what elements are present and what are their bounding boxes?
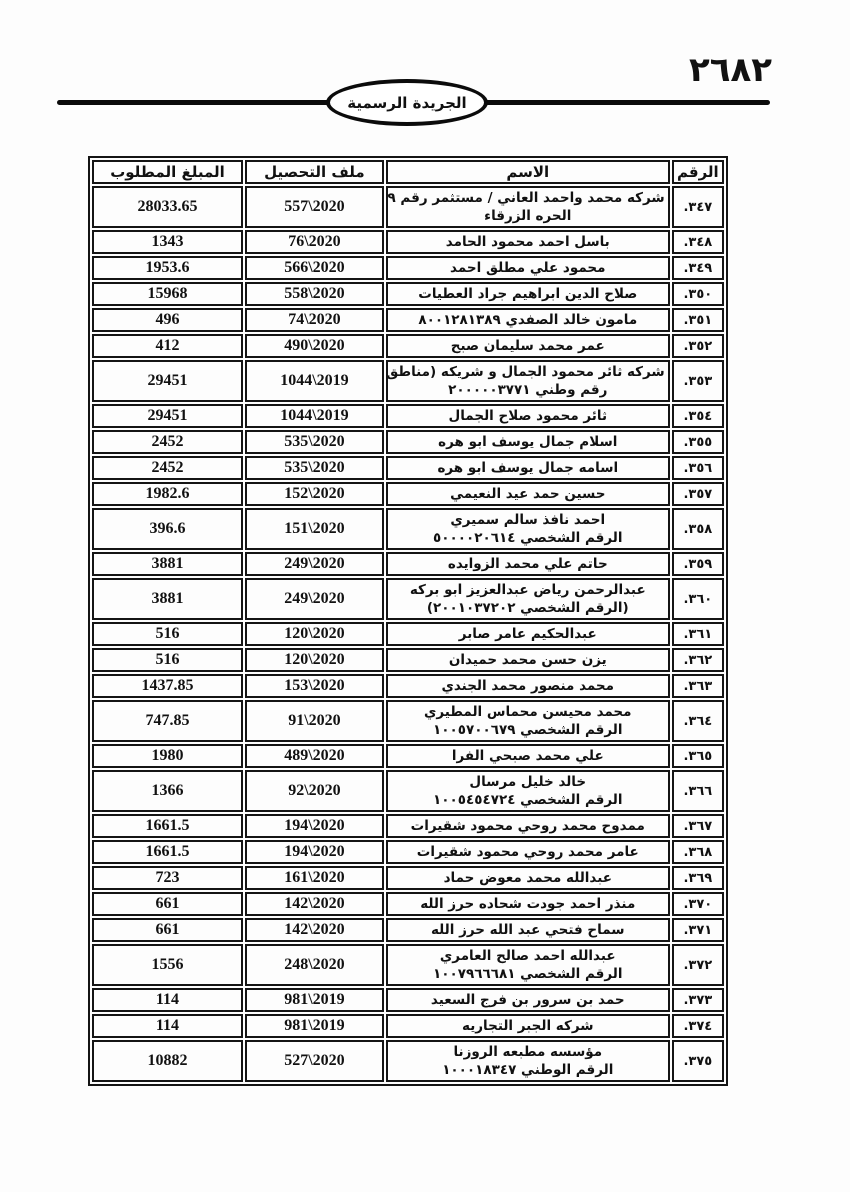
- name-line: شركه محمد واحمد العاني / مستثمر رقم ٥٦٠٩…: [391, 189, 665, 207]
- name-cell: عامر محمد روحي محمود شقيرات: [386, 840, 670, 864]
- row-number-cell: ٣٤٨.: [672, 230, 724, 254]
- name-cell: اسامه جمال يوسف ابو هره: [386, 456, 670, 480]
- amount-due-value: 661: [155, 921, 179, 938]
- row-number-cell: ٣٧٤.: [672, 1014, 724, 1038]
- row-number-cell: ٣٥٨.: [672, 508, 724, 550]
- collection-file-value: 194\2020: [284, 817, 344, 834]
- amount-due-cell: 412: [92, 334, 243, 358]
- collection-file-cell: 535\2020: [245, 456, 384, 480]
- row-number-cell: ٣٥٩.: [672, 552, 724, 576]
- name-cell: سماح فتحي عبد الله حرز الله: [386, 918, 670, 942]
- collection-file-cell: 142\2020: [245, 918, 384, 942]
- table-row: ٣٧١. سماح فتحي عبد الله حرز الله 142\202…: [92, 918, 724, 942]
- name-cell: ممدوح محمد روحي محمود شقيرات: [386, 814, 670, 838]
- collection-file-value: 249\2020: [284, 590, 344, 607]
- amount-due-value: 2452: [151, 459, 183, 476]
- table-row: ٣٧٤. شركه الجبر التجاريه 981\2019 114: [92, 1014, 724, 1038]
- amount-due-value: 516: [155, 651, 179, 668]
- name-cell: محمود علي مطلق احمد: [386, 256, 670, 280]
- row-number-cell: ٣٦٧.: [672, 814, 724, 838]
- collection-file-cell: 92\2020: [245, 770, 384, 812]
- gazette-banner-ellipse: الجريدة الرسمية: [326, 79, 488, 126]
- name-line: باسل احمد محمود الحامد: [391, 233, 665, 251]
- name-line: عمر محمد سليمان صبح: [391, 337, 665, 355]
- amount-due-cell: 3881: [92, 578, 243, 620]
- collection-file-value: 489\2020: [284, 747, 344, 764]
- name-cell: منذر احمد جودت شحاده حرز الله: [386, 892, 670, 916]
- column-header-number: الرقم: [672, 160, 724, 184]
- name-cell: اسلام جمال يوسف ابو هره: [386, 430, 670, 454]
- amount-due-cell: 396.6: [92, 508, 243, 550]
- name-line-2: الرقم الشخصي ١٠٠٥٤٥٤٧٢٤: [391, 791, 665, 809]
- row-number-cell: ٣٥٦.: [672, 456, 724, 480]
- collection-file-value: 153\2020: [284, 677, 344, 694]
- amount-due-cell: 1982.6: [92, 482, 243, 506]
- row-number-cell: ٣٧٣.: [672, 988, 724, 1012]
- amount-due-value: 1982.6: [145, 485, 189, 502]
- name-line: محمود علي مطلق احمد: [391, 259, 665, 277]
- row-number-cell: ٣٥٧.: [672, 482, 724, 506]
- name-line-2: الرقم الشخصي ١٠٠٥٧٠٠٦٧٩: [391, 721, 665, 739]
- amount-due-cell: 2452: [92, 456, 243, 480]
- name-cell: خالد خليل مرسال الرقم الشخصي ١٠٠٥٤٥٤٧٢٤: [386, 770, 670, 812]
- amount-due-cell: 516: [92, 622, 243, 646]
- row-number-cell: ٣٦٥.: [672, 744, 724, 768]
- name-cell: يزن حسن محمد حميدان: [386, 648, 670, 672]
- collection-file-value: 92\2020: [288, 782, 340, 799]
- name-line: مامون خالد الصفدي ٨٠٠١٢٨١٣٨٩: [391, 311, 665, 329]
- amount-due-value: 10882: [147, 1052, 187, 1069]
- name-line: علي محمد صبحي الفرا: [391, 747, 665, 765]
- table-body: ٣٤٧. شركه محمد واحمد العاني / مستثمر رقم…: [92, 186, 724, 1082]
- row-number-cell: ٣٦٨.: [672, 840, 724, 864]
- table-row: ٣٦٤. محمد محيسن محماس المطيري الرقم الشخ…: [92, 700, 724, 742]
- name-cell: مامون خالد الصفدي ٨٠٠١٢٨١٣٨٩: [386, 308, 670, 332]
- table-row: ٣٤٨. باسل احمد محمود الحامد 76\2020 1343: [92, 230, 724, 254]
- name-line: سماح فتحي عبد الله حرز الله: [391, 921, 665, 939]
- table-row: ٣٥٣. شركه ثائر محمود الجمال و شريكه (منا…: [92, 360, 724, 402]
- collection-file-cell: 566\2020: [245, 256, 384, 280]
- amount-due-value: 29451: [147, 407, 187, 424]
- name-line: حسين حمد عيد النعيمي: [391, 485, 665, 503]
- amount-due-cell: 1556: [92, 944, 243, 986]
- collection-file-value: 91\2020: [288, 712, 340, 729]
- name-line: ثائر محمود صلاح الجمال: [391, 407, 665, 425]
- name-line: اسلام جمال يوسف ابو هره: [391, 433, 665, 451]
- row-number-cell: ٣٧٢.: [672, 944, 724, 986]
- row-number-cell: ٣٥٥.: [672, 430, 724, 454]
- amount-due-value: 1953.6: [145, 259, 189, 276]
- amount-due-cell: 1953.6: [92, 256, 243, 280]
- name-line: شركه ثائر محمود الجمال و شريكه (مناطق حر…: [391, 363, 665, 381]
- amount-due-value: 114: [156, 1017, 179, 1034]
- row-number-cell: ٣٥١.: [672, 308, 724, 332]
- collection-file-cell: 120\2020: [245, 648, 384, 672]
- amount-due-cell: 29451: [92, 360, 243, 402]
- collection-file-value: 152\2020: [284, 485, 344, 502]
- row-number-cell: ٣٦٢.: [672, 648, 724, 672]
- amount-due-value: 29451: [147, 372, 187, 389]
- amount-due-value: 396.6: [149, 520, 185, 537]
- table-row: ٣٦٩. عبدالله محمد معوض حماد 161\2020 723: [92, 866, 724, 890]
- collection-file-cell: 194\2020: [245, 840, 384, 864]
- collection-file-value: 151\2020: [284, 520, 344, 537]
- name-cell: مؤسسه مطبعه الروزنا الرقم الوطني ١٠٠٠١٨٣…: [386, 1040, 670, 1082]
- name-line: عامر محمد روحي محمود شقيرات: [391, 843, 665, 861]
- table-row: ٣٥٢. عمر محمد سليمان صبح 490\2020 412: [92, 334, 724, 358]
- collection-file-value: 535\2020: [284, 459, 344, 476]
- name-cell: محمد منصور محمد الجندي: [386, 674, 670, 698]
- collection-file-cell: 981\2019: [245, 1014, 384, 1038]
- name-cell: عبدالله احمد صالح العامري الرقم الشخصي ١…: [386, 944, 670, 986]
- collection-file-value: 1044\2019: [280, 407, 348, 424]
- collection-file-cell: 74\2020: [245, 308, 384, 332]
- table-row: ٣٦٣. محمد منصور محمد الجندي 153\2020 143…: [92, 674, 724, 698]
- collection-file-value: 566\2020: [284, 259, 344, 276]
- row-number-cell: ٣٦١.: [672, 622, 724, 646]
- column-header-amount-due: المبلغ المطلوب: [92, 160, 243, 184]
- collection-file-cell: 249\2020: [245, 552, 384, 576]
- name-cell: ثائر محمود صلاح الجمال: [386, 404, 670, 428]
- table-row: ٣٤٩. محمود علي مطلق احمد 566\2020 1953.6: [92, 256, 724, 280]
- name-cell: شركه الجبر التجاريه: [386, 1014, 670, 1038]
- name-line: محمد منصور محمد الجندي: [391, 677, 665, 695]
- collection-file-cell: 76\2020: [245, 230, 384, 254]
- amount-due-cell: 10882: [92, 1040, 243, 1082]
- name-line: محمد محيسن محماس المطيري: [391, 703, 665, 721]
- name-line-2: رقم وطني ٢٠٠٠٠٠٣٧٧١: [391, 381, 665, 399]
- name-line-2: (الرقم الشخصي ٢٠٠١٠٣٧٢٠٢): [391, 599, 665, 617]
- collection-file-cell: 142\2020: [245, 892, 384, 916]
- collection-file-value: 981\2019: [284, 991, 344, 1008]
- amount-due-cell: 516: [92, 648, 243, 672]
- table-row: ٣٦٥. علي محمد صبحي الفرا 489\2020 1980: [92, 744, 724, 768]
- name-cell: عبدالحكيم عامر صابر: [386, 622, 670, 646]
- collection-file-value: 535\2020: [284, 433, 344, 450]
- collection-file-cell: 981\2019: [245, 988, 384, 1012]
- amount-due-value: 516: [155, 625, 179, 642]
- collection-file-cell: 249\2020: [245, 578, 384, 620]
- collection-file-value: 120\2020: [284, 625, 344, 642]
- amount-due-cell: 661: [92, 892, 243, 916]
- name-line: صلاح الدين ابراهيم جراد العطيات: [391, 285, 665, 303]
- amount-due-cell: 3881: [92, 552, 243, 576]
- collection-file-value: 120\2020: [284, 651, 344, 668]
- row-number-cell: ٣٦٦.: [672, 770, 724, 812]
- amount-due-cell: 723: [92, 866, 243, 890]
- row-number-cell: ٣٦٠.: [672, 578, 724, 620]
- collection-file-value: 74\2020: [288, 311, 340, 328]
- collection-file-value: 142\2020: [284, 921, 344, 938]
- collection-file-cell: 489\2020: [245, 744, 384, 768]
- table-row: ٣٧٠. منذر احمد جودت شحاده حرز الله 142\2…: [92, 892, 724, 916]
- table-row: ٣٦٦. خالد خليل مرسال الرقم الشخصي ١٠٠٥٤٥…: [92, 770, 724, 812]
- collection-file-cell: 91\2020: [245, 700, 384, 742]
- table-row: ٣٦٠. عبدالرحمن رياض عبدالعزيز ابو بركه (…: [92, 578, 724, 620]
- collection-file-cell: 490\2020: [245, 334, 384, 358]
- row-number-cell: ٣٤٩.: [672, 256, 724, 280]
- table-row: ٣٥٧. حسين حمد عيد النعيمي 152\2020 1982.…: [92, 482, 724, 506]
- collection-file-value: 194\2020: [284, 843, 344, 860]
- amount-due-value: 15968: [147, 285, 187, 302]
- column-header-name: الاسم: [386, 160, 670, 184]
- collection-file-value: 490\2020: [284, 337, 344, 354]
- table-header-row: الرقم الاسم ملف التحصيل المبلغ المطلوب: [92, 160, 724, 184]
- collection-file-value: 248\2020: [284, 956, 344, 973]
- amount-due-cell: 29451: [92, 404, 243, 428]
- amount-due-cell: 496: [92, 308, 243, 332]
- amount-due-cell: 28033.65: [92, 186, 243, 228]
- collection-file-cell: 1044\2019: [245, 404, 384, 428]
- name-cell: احمد نافذ سالم سميري الرقم الشخصي ٥٠٠٠٠٢…: [386, 508, 670, 550]
- name-line: منذر احمد جودت شحاده حرز الله: [391, 895, 665, 913]
- row-number-cell: ٣٥٢.: [672, 334, 724, 358]
- row-number-cell: ٣٦٩.: [672, 866, 724, 890]
- collection-file-cell: 527\2020: [245, 1040, 384, 1082]
- table-row: ٣٦٢. يزن حسن محمد حميدان 120\2020 516: [92, 648, 724, 672]
- table-row: ٣٦١. عبدالحكيم عامر صابر 120\2020 516: [92, 622, 724, 646]
- amount-due-cell: 661: [92, 918, 243, 942]
- table-row: ٣٧٢. عبدالله احمد صالح العامري الرقم الش…: [92, 944, 724, 986]
- amount-due-value: 496: [155, 311, 179, 328]
- row-number-cell: ٣٦٤.: [672, 700, 724, 742]
- name-line: عبدالله محمد معوض حماد: [391, 869, 665, 887]
- collection-file-value: 76\2020: [288, 233, 340, 250]
- name-line: احمد نافذ سالم سميري: [391, 511, 665, 529]
- name-line: حاتم علي محمد الزوايده: [391, 555, 665, 573]
- amount-due-value: 747.85: [145, 712, 189, 729]
- table-row: ٣٧٣. حمد بن سرور بن فرج السعيد 981\2019 …: [92, 988, 724, 1012]
- collection-file-cell: 248\2020: [245, 944, 384, 986]
- column-header-collection-file: ملف التحصيل: [245, 160, 384, 184]
- table-row: ٣٥٨. احمد نافذ سالم سميري الرقم الشخصي ٥…: [92, 508, 724, 550]
- table-row: ٣٥٠. صلاح الدين ابراهيم جراد العطيات 558…: [92, 282, 724, 306]
- collection-file-cell: 535\2020: [245, 430, 384, 454]
- gazette-page: ٢٦٨٢ الجريدة الرسمية الرقم الاسم ملف الت…: [0, 0, 850, 1192]
- amount-due-value: 723: [155, 869, 179, 886]
- name-cell: صلاح الدين ابراهيم جراد العطيات: [386, 282, 670, 306]
- collection-file-cell: 151\2020: [245, 508, 384, 550]
- collection-file-value: 558\2020: [284, 285, 344, 302]
- amount-due-cell: 15968: [92, 282, 243, 306]
- name-line: ممدوح محمد روحي محمود شقيرات: [391, 817, 665, 835]
- name-line: شركه الجبر التجاريه: [391, 1017, 665, 1035]
- name-cell: شركه ثائر محمود الجمال و شريكه (مناطق حر…: [386, 360, 670, 402]
- collection-file-cell: 152\2020: [245, 482, 384, 506]
- amount-due-cell: 114: [92, 1014, 243, 1038]
- table-row: ٣٥٦. اسامه جمال يوسف ابو هره 535\2020 24…: [92, 456, 724, 480]
- name-cell: علي محمد صبحي الفرا: [386, 744, 670, 768]
- collection-file-cell: 557\2020: [245, 186, 384, 228]
- collection-file-cell: 1044\2019: [245, 360, 384, 402]
- row-number-cell: ٣٦٣.: [672, 674, 724, 698]
- name-line: حمد بن سرور بن فرج السعيد: [391, 991, 665, 1009]
- row-number-cell: ٣٧٠.: [672, 892, 724, 916]
- row-number-cell: ٣٤٧.: [672, 186, 724, 228]
- amount-due-cell: 1343: [92, 230, 243, 254]
- table-row: ٣٤٧. شركه محمد واحمد العاني / مستثمر رقم…: [92, 186, 724, 228]
- collection-file-cell: 153\2020: [245, 674, 384, 698]
- amount-due-value: 28033.65: [137, 198, 197, 215]
- amount-due-cell: 1661.5: [92, 840, 243, 864]
- table-row: ٣٥١. مامون خالد الصفدي ٨٠٠١٢٨١٣٨٩ 74\202…: [92, 308, 724, 332]
- name-line: عبدالله احمد صالح العامري: [391, 947, 665, 965]
- amount-due-cell: 1366: [92, 770, 243, 812]
- name-line-2: الرقم الوطني ١٠٠٠١٨٣٤٧: [391, 1061, 665, 1079]
- amount-due-cell: 1437.85: [92, 674, 243, 698]
- name-line: عبدالحكيم عامر صابر: [391, 625, 665, 643]
- gazette-banner-label: الجريدة الرسمية: [347, 94, 466, 112]
- row-number-cell: ٣٧٥.: [672, 1040, 724, 1082]
- name-cell: عمر محمد سليمان صبح: [386, 334, 670, 358]
- collection-file-cell: 120\2020: [245, 622, 384, 646]
- amount-due-value: 661: [155, 895, 179, 912]
- name-line-2: الرقم الشخصي ١٠٠٧٩٦٦٦٨١: [391, 965, 665, 983]
- amount-due-cell: 2452: [92, 430, 243, 454]
- row-number-cell: ٣٥٣.: [672, 360, 724, 402]
- collection-file-value: 981\2019: [284, 1017, 344, 1034]
- amount-due-cell: 114: [92, 988, 243, 1012]
- collection-file-value: 249\2020: [284, 555, 344, 572]
- table-row: ٣٧٥. مؤسسه مطبعه الروزنا الرقم الوطني ١٠…: [92, 1040, 724, 1082]
- name-cell: محمد محيسن محماس المطيري الرقم الشخصي ١٠…: [386, 700, 670, 742]
- table-row: ٣٥٩. حاتم علي محمد الزوايده 249\2020 388…: [92, 552, 724, 576]
- amount-due-value: 1980: [151, 747, 183, 764]
- name-cell: عبدالله محمد معوض حماد: [386, 866, 670, 890]
- table-row: ٣٦٨. عامر محمد روحي محمود شقيرات 194\202…: [92, 840, 724, 864]
- amount-due-value: 1343: [151, 233, 183, 250]
- amount-due-value: 3881: [151, 590, 183, 607]
- collection-file-cell: 558\2020: [245, 282, 384, 306]
- amount-due-value: 1366: [151, 782, 183, 799]
- name-line-2: الرقم الشخصي ٥٠٠٠٠٢٠٦١٤: [391, 529, 665, 547]
- amount-due-value: 1437.85: [141, 677, 193, 694]
- page-number: ٢٦٨٢: [689, 50, 772, 90]
- name-cell: حاتم علي محمد الزوايده: [386, 552, 670, 576]
- collection-file-value: 142\2020: [284, 895, 344, 912]
- name-cell: عبدالرحمن رياض عبدالعزيز ابو بركه (الرقم…: [386, 578, 670, 620]
- name-line: عبدالرحمن رياض عبدالعزيز ابو بركه: [391, 581, 665, 599]
- collection-file-value: 557\2020: [284, 198, 344, 215]
- name-line: يزن حسن محمد حميدان: [391, 651, 665, 669]
- amount-due-value: 412: [155, 337, 179, 354]
- name-line-2: الحره الزرقاء: [391, 207, 665, 225]
- amount-due-cell: 1980: [92, 744, 243, 768]
- amount-due-value: 1661.5: [145, 817, 189, 834]
- amount-due-value: 3881: [151, 555, 183, 572]
- amount-due-cell: 1661.5: [92, 814, 243, 838]
- table-row: ٣٥٥. اسلام جمال يوسف ابو هره 535\2020 24…: [92, 430, 724, 454]
- amount-due-value: 2452: [151, 433, 183, 450]
- collection-file-value: 1044\2019: [280, 372, 348, 389]
- table-row: ٣٦٧. ممدوح محمد روحي محمود شقيرات 194\20…: [92, 814, 724, 838]
- name-cell: باسل احمد محمود الحامد: [386, 230, 670, 254]
- name-cell: شركه محمد واحمد العاني / مستثمر رقم ٥٦٠٩…: [386, 186, 670, 228]
- amount-due-cell: 747.85: [92, 700, 243, 742]
- row-number-cell: ٣٥٠.: [672, 282, 724, 306]
- name-line: اسامه جمال يوسف ابو هره: [391, 459, 665, 477]
- collection-file-value: 527\2020: [284, 1052, 344, 1069]
- collection-file-cell: 194\2020: [245, 814, 384, 838]
- name-line: خالد خليل مرسال: [391, 773, 665, 791]
- name-cell: حمد بن سرور بن فرج السعيد: [386, 988, 670, 1012]
- amount-due-value: 114: [156, 991, 179, 1008]
- collection-file-value: 161\2020: [284, 869, 344, 886]
- name-cell: حسين حمد عيد النعيمي: [386, 482, 670, 506]
- name-line: مؤسسه مطبعه الروزنا: [391, 1043, 665, 1061]
- amount-due-value: 1556: [151, 956, 183, 973]
- collection-file-cell: 161\2020: [245, 866, 384, 890]
- row-number-cell: ٣٧١.: [672, 918, 724, 942]
- table-row: ٣٥٤. ثائر محمود صلاح الجمال 1044\2019 29…: [92, 404, 724, 428]
- row-number-cell: ٣٥٤.: [672, 404, 724, 428]
- amount-due-value: 1661.5: [145, 843, 189, 860]
- collections-table: الرقم الاسم ملف التحصيل المبلغ المطلوب ٣…: [88, 156, 728, 1086]
